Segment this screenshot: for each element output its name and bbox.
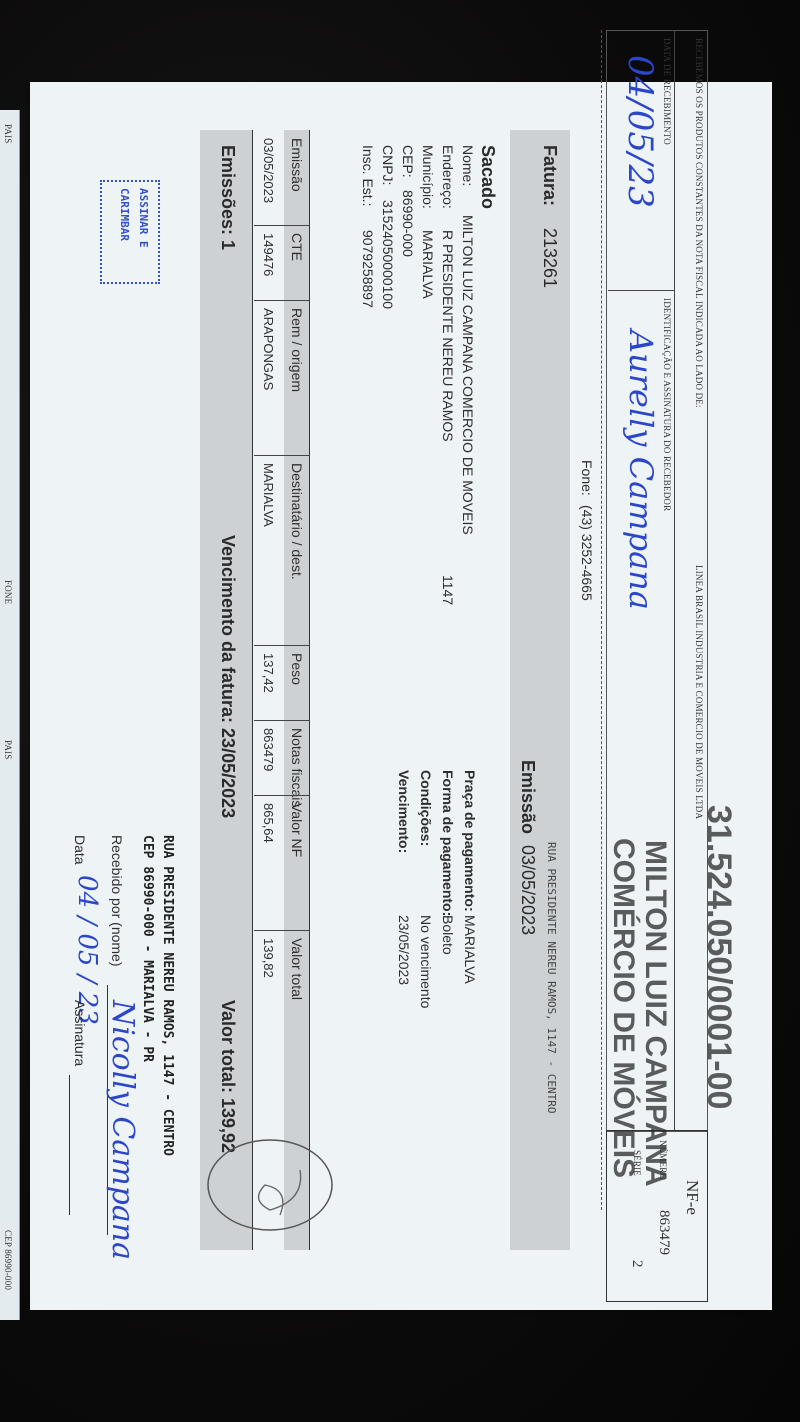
serie-value: 2 xyxy=(628,1260,645,1268)
table-cell: 863479 xyxy=(261,728,276,771)
vencimento-fatura: Vencimento da fatura: 23/05/2023 xyxy=(217,535,238,818)
tear-line xyxy=(601,30,602,1210)
emissao-value: 03/05/2023 xyxy=(517,845,538,935)
overlay-company-line1: MILTON LUIZ CAMPANA xyxy=(638,840,672,1187)
table-cell: 149476 xyxy=(261,233,276,276)
table-cell: ARAPONGAS xyxy=(261,308,276,390)
receipt-address-line1: RUA PRESIDENTE NEREU RAMOS, 1147 - CENTR… xyxy=(160,835,175,1156)
column-divider xyxy=(254,455,310,456)
payment-field-value: MARIALVA xyxy=(462,915,478,984)
column-divider xyxy=(254,300,310,301)
underlying-label: PAIS xyxy=(3,124,13,143)
column-divider xyxy=(254,225,310,226)
table-cell: 139,82 xyxy=(261,938,276,978)
receipt-address-line2: CEP 86990-000 - MARIALVA - PR xyxy=(140,835,155,1062)
sacado-field-label: Endereço: xyxy=(440,145,456,209)
assinatura-label: Assinatura xyxy=(72,1000,88,1066)
data-label: Data xyxy=(72,835,88,865)
recebido-signature: Nicolly Campana xyxy=(105,1000,140,1260)
underlying-sheet: PAIS FONE PAIS CEP 86990-000 xyxy=(0,110,20,1320)
table-cell: 865,64 xyxy=(261,803,276,843)
numero-value: 863479 xyxy=(655,1210,672,1255)
payment-field-value: No vencimento xyxy=(418,915,434,1008)
date-received-value: 04/05/23 xyxy=(620,55,660,208)
fatura-band xyxy=(510,130,570,1250)
recebido-label: Recebido por (nome) xyxy=(109,835,125,967)
column-divider xyxy=(254,930,310,931)
table-header-cell: Destinatário / dest. xyxy=(289,463,305,580)
stamp-address: RUA PRESIDENTE NEREU RAMOS, 1147 - CENTR… xyxy=(545,842,558,1114)
payment-field-value: Boleto xyxy=(440,915,456,955)
payment-field-label: Praça de pagamento: xyxy=(462,770,478,912)
sacado-field-label: CEP: xyxy=(400,145,416,178)
table-header-cell: Valor NF xyxy=(289,803,305,857)
sacado-field-label: Insc. Est.: xyxy=(360,145,376,206)
table-header-cell: Valor total xyxy=(289,938,305,1000)
underlying-label: FONE xyxy=(3,580,13,604)
sacado-field-value: 86990-000 xyxy=(400,190,416,257)
sign-and-stamp-box: ASSINAR E CARIMBAR xyxy=(100,180,160,284)
emissao-label: Emissão xyxy=(517,760,538,834)
payment-field-label: Forma de pagamento: xyxy=(440,770,456,916)
payment-field-label: Vencimento: xyxy=(396,770,412,853)
overlay-company-line2: COMÉRCIO DE MÓVEIS xyxy=(606,838,640,1178)
sacado-field-value: MARIALVA xyxy=(420,230,436,299)
stamp-line2: CARIMBAR xyxy=(118,182,137,282)
overlay-cnpj: 31.524.050/0001-00 xyxy=(699,805,738,1109)
column-divider xyxy=(254,645,310,646)
sacado-field-label: Município: xyxy=(420,145,436,209)
nfe-label: NF-e xyxy=(682,1180,702,1215)
stub-issuer: LINEA BRASIL INDUSTRIA E COMERCIO DE MOV… xyxy=(694,565,704,819)
pencil-mark-icon xyxy=(190,1130,340,1240)
document-photo: PAIS FONE PAIS CEP 86990-000 RECEBEMOS O… xyxy=(0,0,800,1422)
column-divider xyxy=(254,795,310,796)
receiver-signature: Aurelly Campana xyxy=(622,330,660,610)
column-divider xyxy=(254,720,310,721)
date-received-label: DATA DE RECEBIMENTO xyxy=(662,38,672,145)
underlying-label: PAIS xyxy=(3,740,13,759)
table-cell: 137,42 xyxy=(261,653,276,693)
table-header-cell: Emissão xyxy=(289,138,305,192)
signature-label: IDENTIFICAÇÃO E ASSINATURA DO RECEBEDOR xyxy=(662,298,672,511)
emissoes-count: Emissões: 1 xyxy=(217,145,238,250)
table-cell: 03/05/2023 xyxy=(261,138,276,203)
sacado-field-label: CNPJ: xyxy=(380,145,396,185)
payment-field-label: Condições: xyxy=(418,770,434,846)
sacado-title: Sacado xyxy=(477,145,498,209)
sacado-field-extra: 1147 xyxy=(440,575,456,605)
assinatura-line xyxy=(69,1075,70,1215)
fone-value: (43) 3252-4665 xyxy=(579,505,595,601)
sacado-field-value: R PRESIDENTE NEREU RAMOS xyxy=(440,230,456,442)
fatura-label: Fatura: xyxy=(539,145,560,206)
stamp-line1: ASSINAR E xyxy=(137,182,158,282)
stub-header: RECEBEMOS OS PRODUTOS CONSTANTES DA NOTA… xyxy=(694,38,704,408)
sacado-field-value: 31524050000100 xyxy=(380,200,396,309)
fone-label: Fone: xyxy=(579,460,595,496)
underlying-label: CEP 86990-000 xyxy=(3,1230,13,1290)
sacado-field-label: Nome: xyxy=(460,145,476,186)
payment-field-value: 23/05/2023 xyxy=(396,915,412,985)
fatura-number: 213261 xyxy=(539,228,560,288)
table-cell: MARIALVA xyxy=(261,463,276,527)
table-header-cell: Rem / origem xyxy=(289,308,305,392)
table-header-cell: CTE xyxy=(289,233,305,261)
sacado-field-value: 9079258897 xyxy=(360,230,376,308)
sacado-field-value: MILTON LUIZ CAMPANA COMERCIO DE MOVEIS xyxy=(460,215,476,535)
table-header-cell: Peso xyxy=(289,653,305,685)
divider xyxy=(674,30,675,1130)
divider xyxy=(608,290,675,291)
